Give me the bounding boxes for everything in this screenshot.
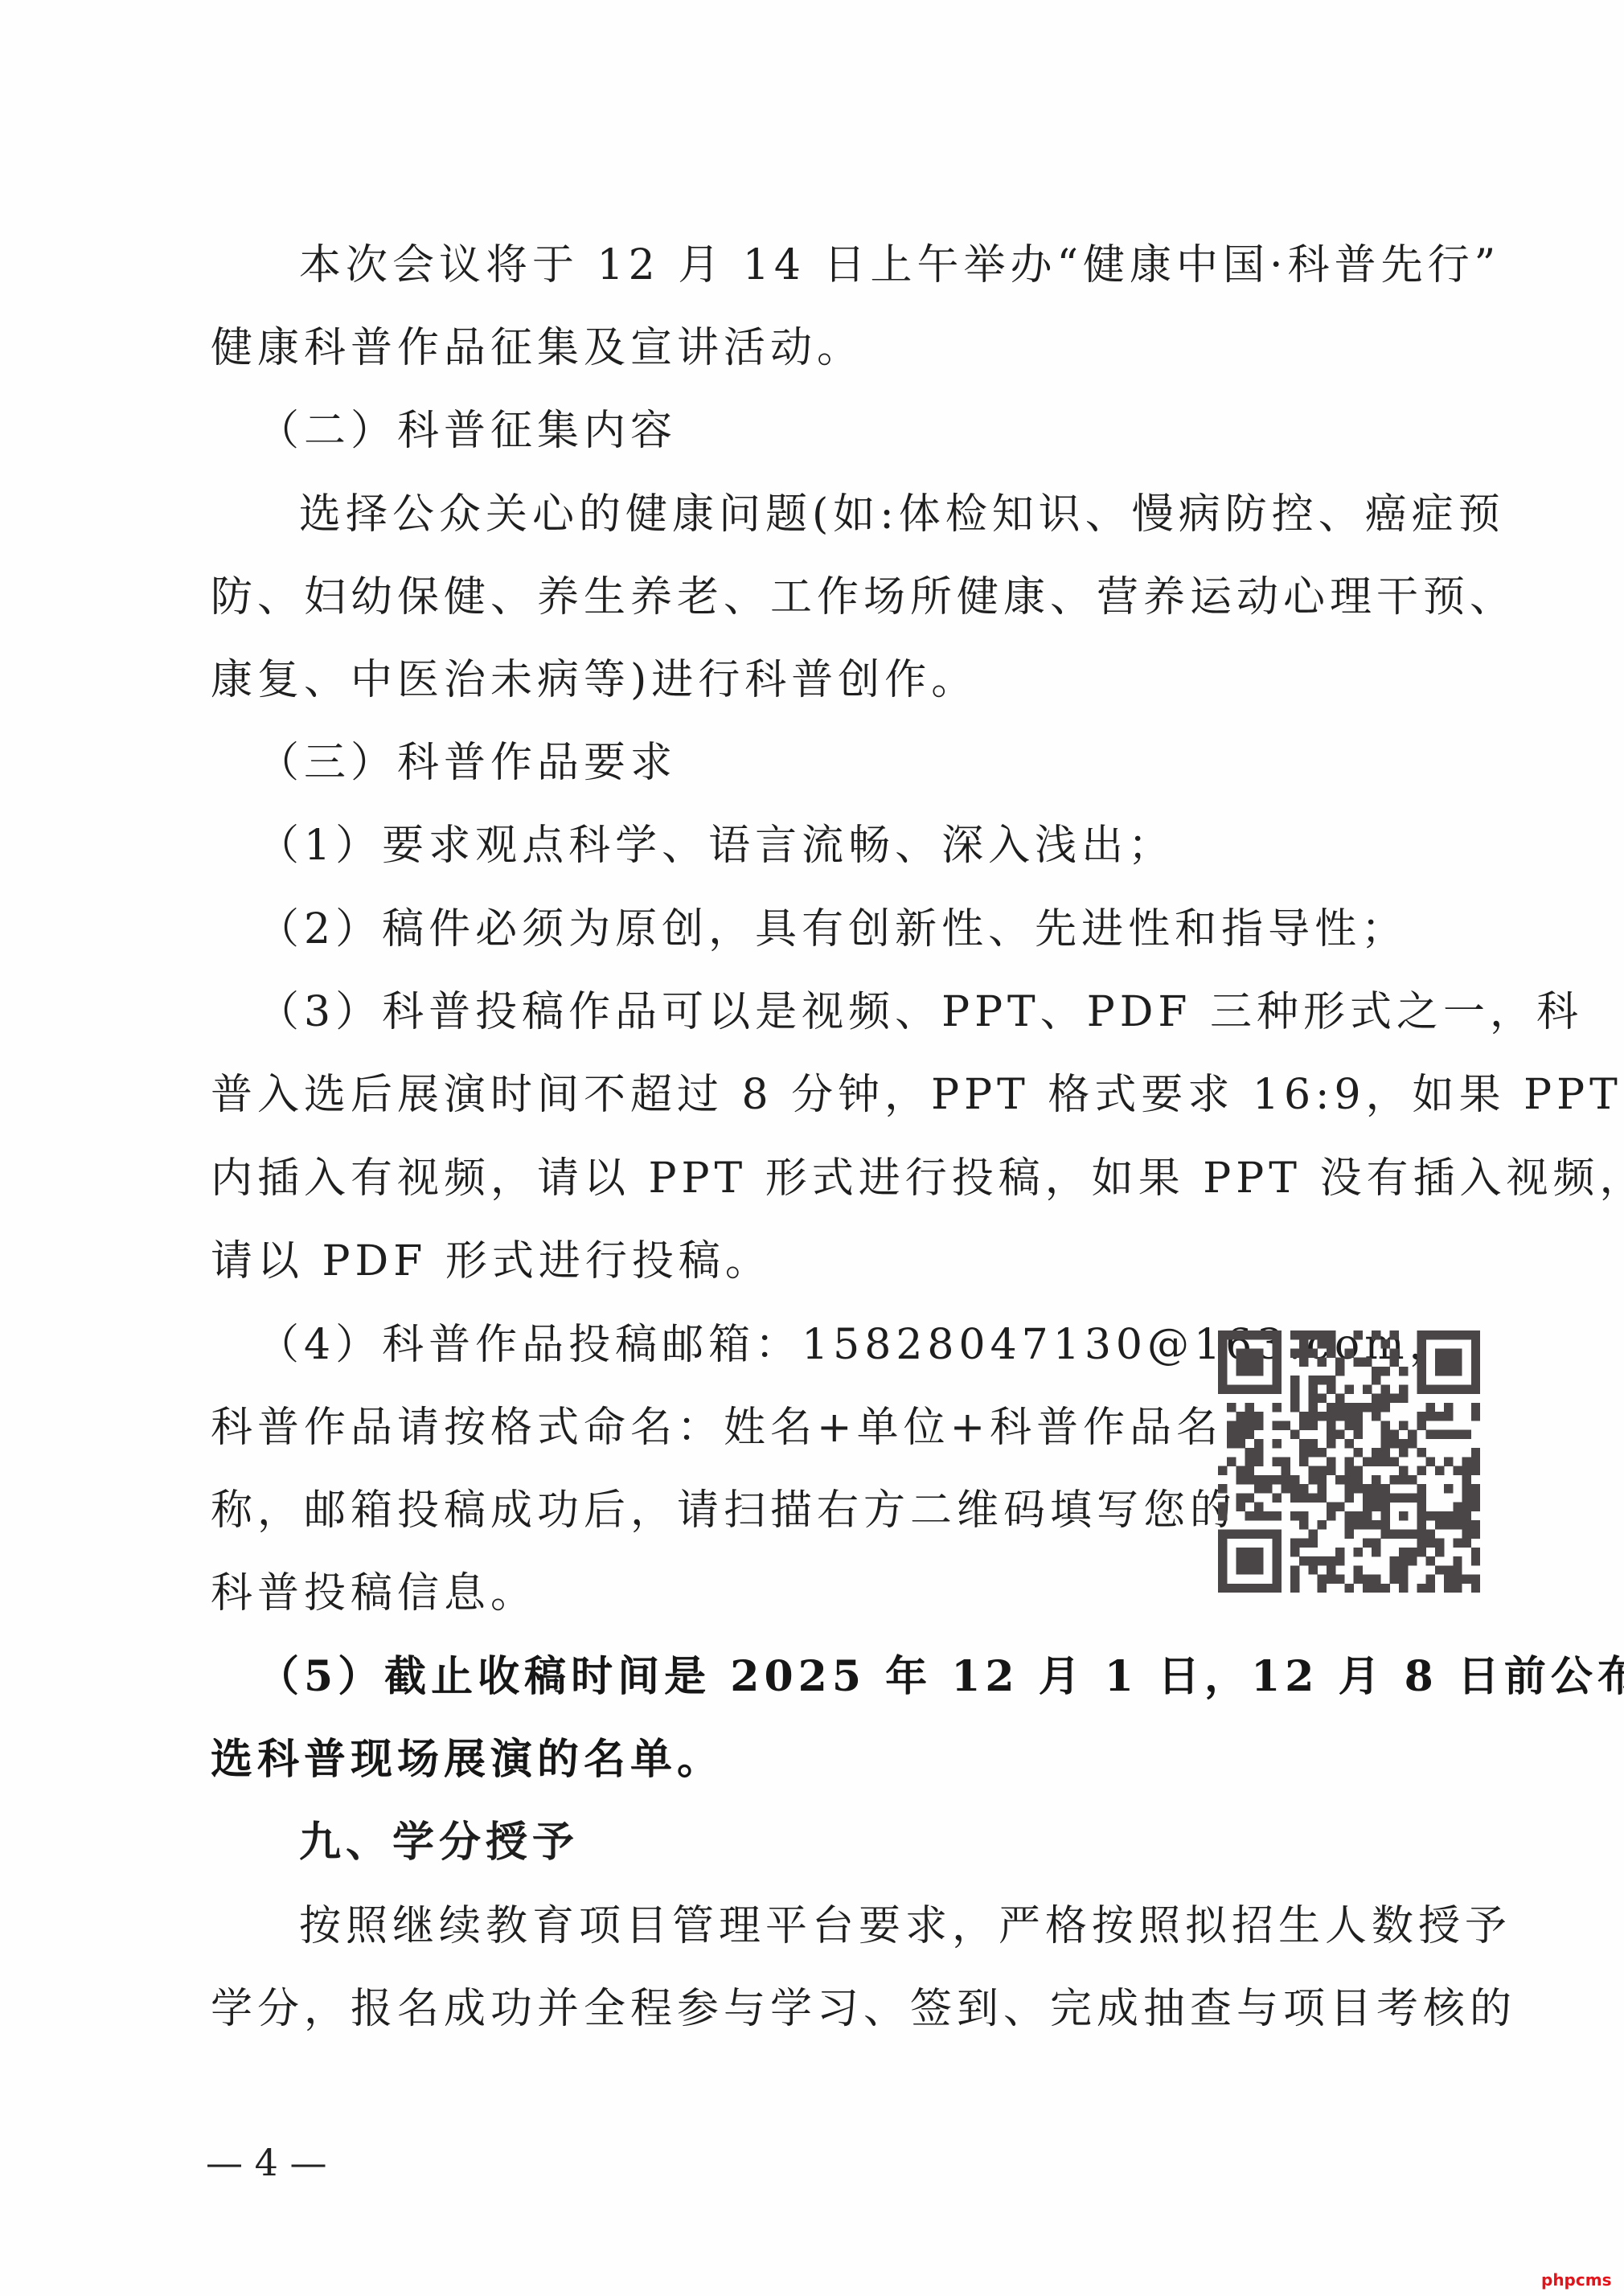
section-2-heading: （二）科普征集内容 [257, 399, 1463, 463]
section-9-line-2: 学分，报名成功并全程参与学习、签到、完成抽查与项目考核的 [211, 1977, 1409, 2041]
requirement-3-line-3: 内插入有视频，请以 PPT 形式进行投稿，如果 PPT 没有插入视频， [211, 1146, 1409, 1211]
section-9-heading: 九、学分授予 [299, 1810, 1505, 1875]
requirement-4-line-3: 称，邮箱投稿成功后，请扫描右方二维码填写您的 [211, 1478, 1151, 1543]
requirement-5-line-1: （5）截止收稿时间是 2025 年 12 月 1 日，12 月 8 日前公布入 [257, 1645, 1409, 1709]
requirement-3-line-2: 普入选后展演时间不超过 8 分钟，PPT 格式要求 16:9，如果 PPT [211, 1063, 1409, 1127]
section-9-line-1: 按照继续教育项目管理平台要求，严格按照拟招生人数授予 [299, 1894, 1409, 1958]
requirement-4-line-2: 科普作品请按格式命名：姓名+单位+科普作品名 [211, 1396, 1151, 1460]
requirement-4-line-1: （4）科普作品投稿邮箱：15828047130@163.com， [257, 1313, 1151, 1377]
watermark-logo: phpcms [1541, 2270, 1611, 2290]
section-2-line-2: 防、妇幼保健、养生养老、工作场所健康、营养运动心理干预、 [211, 565, 1409, 629]
requirement-5-line-2: 选科普现场展演的名单。 [211, 1728, 1417, 1792]
section-2-line-1: 选择公众关心的健康问题(如:体检知识、慢病防控、癌症预 [299, 482, 1409, 547]
intro-line-2: 健康科普作品征集及宣讲活动。 [211, 316, 1417, 380]
intro-line-1: 本次会议将于 12 月 14 日上午举办“健康中国·科普先行” [299, 233, 1409, 297]
section-2-line-3: 康复、中医治未病等)进行科普创作。 [211, 648, 1417, 712]
requirement-2: （2）稿件必须为原创，具有创新性、先进性和指导性； [257, 897, 1463, 961]
qr-code-icon [1218, 1330, 1480, 1593]
requirement-1: （1）要求观点科学、语言流畅、深入浅出； [257, 814, 1463, 878]
document-page: 本次会议将于 12 月 14 日上午举办“健康中国·科普先行” 健康科普作品征集… [0, 0, 1624, 2296]
requirement-3-line-1: （3）科普投稿作品可以是视频、PPT、PDF 三种形式之一，科 [257, 980, 1409, 1044]
qr-code[interactable] [1218, 1330, 1480, 1593]
page-number: — 4 — [206, 2138, 327, 2187]
section-3-heading: （三）科普作品要求 [257, 731, 1463, 795]
requirement-3-line-4: 请以 PDF 形式进行投稿。 [211, 1229, 1417, 1294]
